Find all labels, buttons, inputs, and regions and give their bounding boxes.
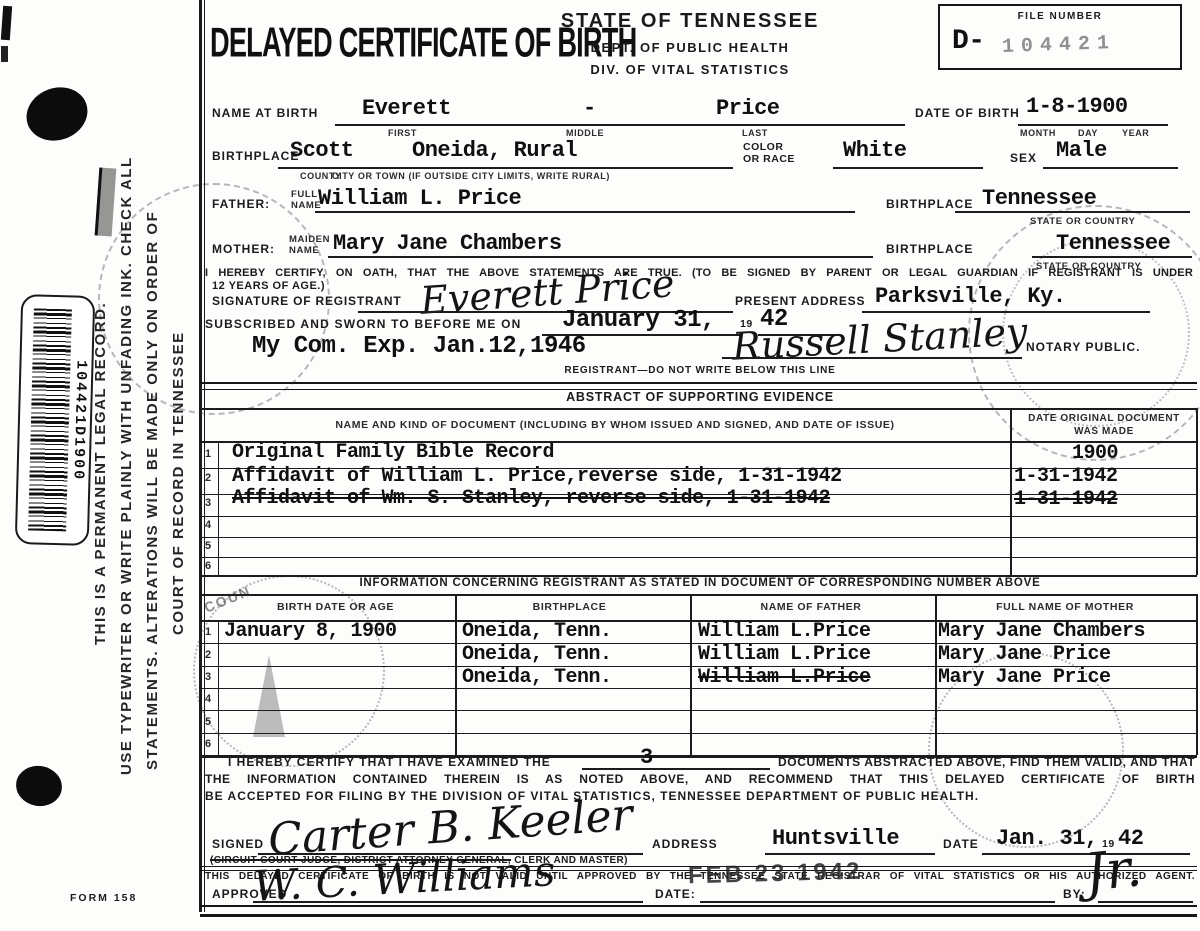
name-first-value: Everett [362,98,451,120]
info-father-cell: William L.Price [698,668,871,688]
mother-birthplace-label: BIRTHPLACE [886,242,973,256]
date-of-birth-label: DATE OF BIRTH [915,106,1020,120]
division-heading: DIV. OF VITAL STATISTICS [500,62,880,77]
row-number: 4 [205,519,212,531]
info-father-cell: William L.Price [698,622,871,642]
row-number: 6 [205,738,212,750]
scan-mark [1,6,12,41]
info-place-cell: Oneida, Tenn. [462,668,612,688]
info-father-cell: William L.Price [698,645,871,665]
underline [700,901,1055,903]
table-line [200,516,1197,517]
scan-blotch [13,762,65,809]
filing-seal-stamp [928,652,1124,848]
race-value: White [843,140,907,162]
court-seal-stamp: COUN [193,575,385,767]
barcode-sticker: 104421D1900 [15,294,96,546]
city-caption: CITY OR TOWN (IF OUTSIDE CITY LIMITS, WR… [332,171,610,181]
full-name-caption: NAME [291,200,321,211]
margin-strikeout-mark [95,167,117,236]
abstract-date-cell: 1-31-1942 [1014,467,1118,487]
middle-caption: MIDDLE [566,128,604,138]
birthplace-label: BIRTHPLACE [212,149,299,163]
underline [278,167,733,169]
full-name-caption: FULL [291,189,318,200]
birthplace-city-value: Oneida, Rural [412,140,577,162]
underline [833,167,983,169]
abstract-document-cell: Original Family Bible Record [232,443,554,463]
underline [253,901,643,903]
date-of-birth-value: 1-8-1900 [1026,96,1128,118]
color-or-race-label: OR RACE [743,153,795,165]
info-place-cell: Oneida, Tenn. [462,622,612,642]
file-number-stamp: 104421 [1002,32,1117,59]
signed-address-value: Huntsville [772,828,899,850]
signed-address-label: ADDRESS [652,837,718,851]
seal-partial-text: COUN [202,582,254,615]
file-number-box: FILE NUMBER D- 104421 [938,4,1182,70]
examined-count-value: 3 [640,747,653,769]
present-address-label: PRESENT ADDRESS [735,294,865,308]
info-section-title: INFORMATION CONCERNING REGISTRANT AS STA… [230,577,1170,589]
file-number-prefix: D- [952,28,985,56]
underline [765,853,935,855]
info-col-place-header: BIRTHPLACE [462,601,677,613]
info-col-mother-header: FULL NAME OF MOTHER [940,601,1190,613]
county-seal-stamp [98,183,330,415]
sworn-date-value: January 31, [562,309,715,333]
year-caption: YEAR [1122,128,1149,138]
father-birthplace-label: BIRTHPLACE [886,197,973,211]
registrar-signature: W. C. Williams [252,850,556,908]
row-number: 6 [205,560,212,572]
name-middle-value: - [583,98,596,120]
table-line [455,594,457,755]
barcode-bars [28,308,72,531]
sex-label: SEX [1010,151,1037,165]
approver-initials-signature: Jr. [1082,842,1144,900]
form-number: FORM 158 [70,892,137,904]
underline [1098,901,1193,903]
file-number-label: FILE NUMBER [940,11,1180,22]
underline [328,256,873,258]
day-caption: DAY [1078,128,1098,138]
table-line [200,537,1197,538]
bottom-rule [200,905,1197,917]
row-number: 5 [205,540,212,552]
underline [582,768,770,770]
underline [315,211,855,213]
row-number: 1 [205,448,212,460]
abstract-section-title: ABSTRACT OF SUPPORTING EVIDENCE [500,390,900,404]
state-heading: STATE OF TENNESSEE [500,10,880,33]
row-number: 2 [205,472,212,484]
info-col-father-header: NAME OF FATHER [697,601,925,613]
dept-heading: DEPT. OF PUBLIC HEALTH [500,40,880,55]
row-number: 3 [205,497,212,509]
abstract-date-cell: 1-31-1942 [1014,490,1118,510]
date-received-stamp: FEB 23 1942 [688,858,863,891]
do-not-write-line: REGISTRANT—DO NOT WRITE BELOW THIS LINE [495,365,905,376]
notary-seal-stamp [968,205,1200,461]
notary-seal-inner-ring [1002,239,1190,427]
mother-name-value: Mary Jane Chambers [333,233,562,255]
father-name-value: William L. Price [318,188,521,210]
abstract-document-cell: Affidavit of William L. Price,reverse si… [232,467,842,487]
underline [335,124,905,126]
margin-notice-line-1: THIS IS A PERMANENT LEGAL RECORD. [92,310,116,645]
scan-blotch [19,79,95,149]
scanned-birth-certificate: THIS IS A PERMANENT LEGAL RECORD. USE TY… [0,0,1200,931]
birthplace-county-value: Scott [290,140,354,162]
table-line [218,441,219,575]
abstract-document-cell: Affidavit of Wm. S. Stanley, reverse sid… [232,489,830,509]
approved-by-label: BY: [1063,887,1086,901]
table-line [200,557,1197,558]
name-at-birth-label: NAME AT BIRTH [212,106,318,120]
signed-label: SIGNED [212,837,264,851]
name-last-value: Price [716,98,780,120]
signed-date-label: DATE [943,837,979,851]
info-place-cell: Oneida, Tenn. [462,645,612,665]
scan-mark [1,46,8,62]
table-line [1010,408,1012,575]
table-line [1196,408,1198,575]
table-line [690,594,692,755]
last-caption: LAST [742,128,768,138]
sex-value: Male [1056,140,1107,162]
abstract-doc-column-header: NAME AND KIND OF DOCUMENT (INCLUDING BY … [230,419,1000,431]
color-or-race-label: COLOR [743,141,783,153]
underline [1018,124,1168,126]
seal-scales-glyph [253,655,285,737]
month-caption: MONTH [1020,128,1056,138]
document-border [199,0,202,912]
table-line [1196,594,1198,755]
barcode-text: 104421D1900 [68,307,91,533]
info-mother-cell: Mary Jane Chambers [938,622,1145,642]
underline [1043,167,1178,169]
first-caption: FIRST [388,128,417,138]
